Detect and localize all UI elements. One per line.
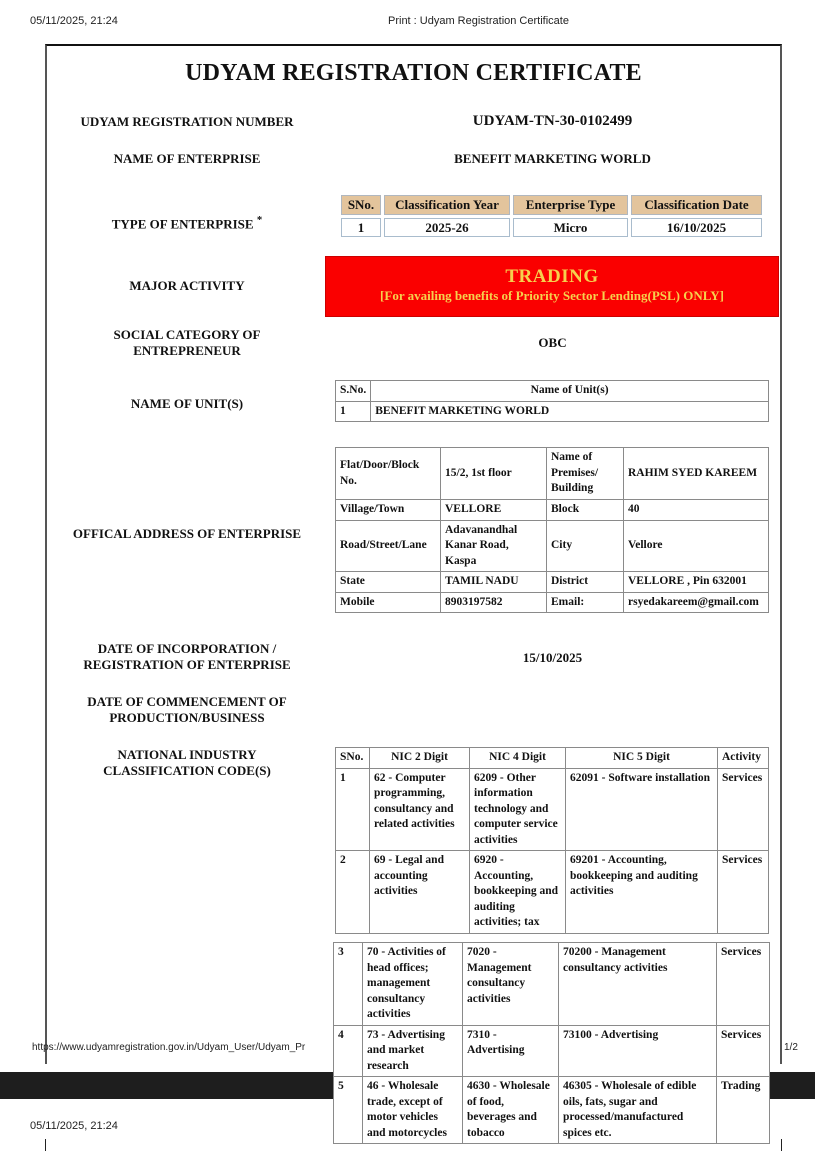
cell-label: City — [547, 520, 624, 572]
cell-label: Road/Street/Lane — [336, 520, 441, 572]
cell-nic5: 73100 - Advertising — [559, 1025, 717, 1077]
cell-nic2: 70 - Activities of head offices; managem… — [363, 943, 463, 1026]
label-enterprise-type: TYPE OF ENTERPRISE * — [42, 212, 332, 232]
label-registration-number: UDYAM REGISTRATION NUMBER — [42, 114, 332, 130]
nic-table-part-2: 3 70 - Activities of head offices; manag… — [333, 942, 770, 1144]
cell-year: 2025-26 — [384, 218, 510, 238]
col-sno: SNo. — [336, 748, 370, 769]
frame-edge-right — [781, 1139, 782, 1151]
cell-value: VELLORE — [441, 500, 547, 521]
cell-label: Flat/Door/Block No. — [336, 448, 441, 500]
col-enterprise-type: Enterprise Type — [513, 195, 628, 215]
col-classification-date: Classification Date — [631, 195, 762, 215]
label-enterprise-name: NAME OF ENTERPRISE — [42, 151, 332, 167]
cell-label: Block — [547, 500, 624, 521]
address-table: Flat/Door/Block No. 15/2, 1st floor Name… — [335, 447, 769, 613]
units-table: S.No. Name of Unit(s) 1 BENEFIT MARKETIN… — [335, 380, 769, 422]
col-nic5: NIC 5 Digit — [566, 748, 718, 769]
cell-value: Adavanandhal Kanar Road, Kaspa — [441, 520, 547, 572]
cell-nic5: 46305 - Wholesale of edible oils, fats, … — [559, 1077, 717, 1144]
cell-date: 16/10/2025 — [631, 218, 762, 238]
cell-nic4: 7020 - Management consultancy activities — [463, 943, 559, 1026]
cell-nic4: 6209 - Other information technology and … — [470, 768, 566, 851]
cell-label: Email: — [547, 592, 624, 613]
table-row: State TAMIL NADU District VELLORE , Pin … — [336, 572, 769, 593]
table-row: Road/Street/Lane Adavanandhal Kanar Road… — [336, 520, 769, 572]
print-url: https://www.udyamregistration.gov.in/Udy… — [32, 1042, 305, 1053]
major-activity-value: TRADING — [326, 266, 778, 288]
col-sno: S.No. — [336, 381, 371, 402]
col-unit-name: Name of Unit(s) — [371, 381, 769, 402]
cell-value: VELLORE , Pin 632001 — [624, 572, 769, 593]
table-row: 4 73 - Advertising and market research 7… — [334, 1025, 770, 1077]
cell-nic2: 73 - Advertising and market research — [363, 1025, 463, 1077]
table-row: 1 62 - Computer programming, consultancy… — [336, 768, 769, 851]
cell-nic5: 62091 - Software installation — [566, 768, 718, 851]
cell-value: 15/2, 1st floor — [441, 448, 547, 500]
cell-value: Vellore — [624, 520, 769, 572]
label-social-category: SOCIAL CATEGORY OF ENTREPRENEUR — [77, 327, 297, 359]
cell-sno: 2 — [336, 851, 370, 934]
table-row: Mobile 8903197582 Email: rsyedakareem@gm… — [336, 592, 769, 613]
certificate-title: UDYAM REGISTRATION CERTIFICATE — [0, 60, 815, 87]
table-row: 5 46 - Wholesale trade, except of motor … — [334, 1077, 770, 1144]
cell-value: RAHIM SYED KAREEM — [624, 448, 769, 500]
cell-nic2: 62 - Computer programming, consultancy a… — [370, 768, 470, 851]
table-row: 2 69 - Legal and accounting activities 6… — [336, 851, 769, 934]
major-activity-note: [For availing benefits of Priority Secto… — [326, 288, 778, 304]
cell-label: District — [547, 572, 624, 593]
cell-label: Village/Town — [336, 500, 441, 521]
cell-mobile: 8903197582 — [441, 592, 547, 613]
table-header-row: SNo. Classification Year Enterprise Type… — [341, 195, 762, 215]
incorporation-date: 15/10/2025 — [490, 650, 615, 666]
cell-type: Micro — [513, 218, 628, 238]
label-nic-codes: NATIONAL INDUSTRY CLASSIFICATION CODE(S) — [77, 747, 297, 779]
enterprise-type-table: SNo. Classification Year Enterprise Type… — [338, 192, 765, 240]
label-enterprise-type-text: TYPE OF ENTERPRISE — [112, 216, 254, 231]
cell-sno: 1 — [336, 768, 370, 851]
label-major-activity: MAJOR ACTIVITY — [42, 278, 332, 294]
page-number: 1/2 — [784, 1042, 798, 1053]
table-row: 3 70 - Activities of head offices; manag… — [334, 943, 770, 1026]
cell-label: State — [336, 572, 441, 593]
cell-email: rsyedakareem@gmail.com — [624, 592, 769, 613]
cell-label: Mobile — [336, 592, 441, 613]
table-row: 1 2025-26 Micro 16/10/2025 — [341, 218, 762, 238]
col-nic4: NIC 4 Digit — [470, 748, 566, 769]
table-header-row: SNo. NIC 2 Digit NIC 4 Digit NIC 5 Digit… — [336, 748, 769, 769]
label-commencement-date: DATE OF COMMENCEMENT OF PRODUCTION/BUSIN… — [67, 694, 307, 726]
cell-activity: Services — [717, 943, 770, 1026]
cell-value: 40 — [624, 500, 769, 521]
cell-activity: Services — [718, 768, 769, 851]
table-header-row: S.No. Name of Unit(s) — [336, 381, 769, 402]
cell-value: TAMIL NADU — [441, 572, 547, 593]
table-row: 1 BENEFIT MARKETING WORLD — [336, 401, 769, 422]
cell-nic4: 7310 - Advertising — [463, 1025, 559, 1077]
cell-nic4: 6920 - Accounting, bookkeeping and audit… — [470, 851, 566, 934]
next-page-datetime: 05/11/2025, 21:24 — [30, 1120, 118, 1132]
registration-number: UDYAM-TN-30-0102499 — [420, 113, 685, 130]
cell-activity: Services — [718, 851, 769, 934]
cell-nic5: 69201 - Accounting, bookkeeping and audi… — [566, 851, 718, 934]
col-sno: SNo. — [341, 195, 381, 215]
label-units: NAME OF UNIT(S) — [42, 396, 332, 412]
cell-sno: 3 — [334, 943, 363, 1026]
cell-nic4: 4630 - Wholesale of food, beverages and … — [463, 1077, 559, 1144]
table-row: Flat/Door/Block No. 15/2, 1st floor Name… — [336, 448, 769, 500]
table-row: Village/Town VELLORE Block 40 — [336, 500, 769, 521]
col-nic2: NIC 2 Digit — [370, 748, 470, 769]
cell-nic2: 69 - Legal and accounting activities — [370, 851, 470, 934]
frame-edge-left — [45, 1139, 46, 1151]
major-activity-band: TRADING [For availing benefits of Priori… — [325, 256, 779, 317]
asterisk-marker: * — [257, 214, 262, 226]
cell-sno: 1 — [341, 218, 381, 238]
col-classification-year: Classification Year — [384, 195, 510, 215]
nic-table-part-1: SNo. NIC 2 Digit NIC 4 Digit NIC 5 Digit… — [335, 747, 769, 934]
cell-sno: 5 — [334, 1077, 363, 1144]
cell-nic5: 70200 - Management consultancy activitie… — [559, 943, 717, 1026]
print-datetime: 05/11/2025, 21:24 — [30, 15, 118, 27]
cell-sno: 1 — [336, 401, 371, 422]
col-activity: Activity — [718, 748, 769, 769]
label-incorporation-date: DATE OF INCORPORATION / REGISTRATION OF … — [62, 641, 312, 673]
cell-sno: 4 — [334, 1025, 363, 1077]
cell-activity: Services — [717, 1025, 770, 1077]
cell-activity: Trading — [717, 1077, 770, 1144]
enterprise-name: BENEFIT MARKETING WORLD — [420, 151, 685, 167]
label-address: OFFICAL ADDRESS OF ENTERPRISE — [42, 526, 332, 542]
cell-unit-name: BENEFIT MARKETING WORLD — [371, 401, 769, 422]
cell-label: Name of Premises/ Building — [547, 448, 624, 500]
cell-nic2: 46 - Wholesale trade, except of motor ve… — [363, 1077, 463, 1144]
social-category: OBC — [500, 335, 605, 351]
print-title: Print : Udyam Registration Certificate — [388, 15, 569, 27]
